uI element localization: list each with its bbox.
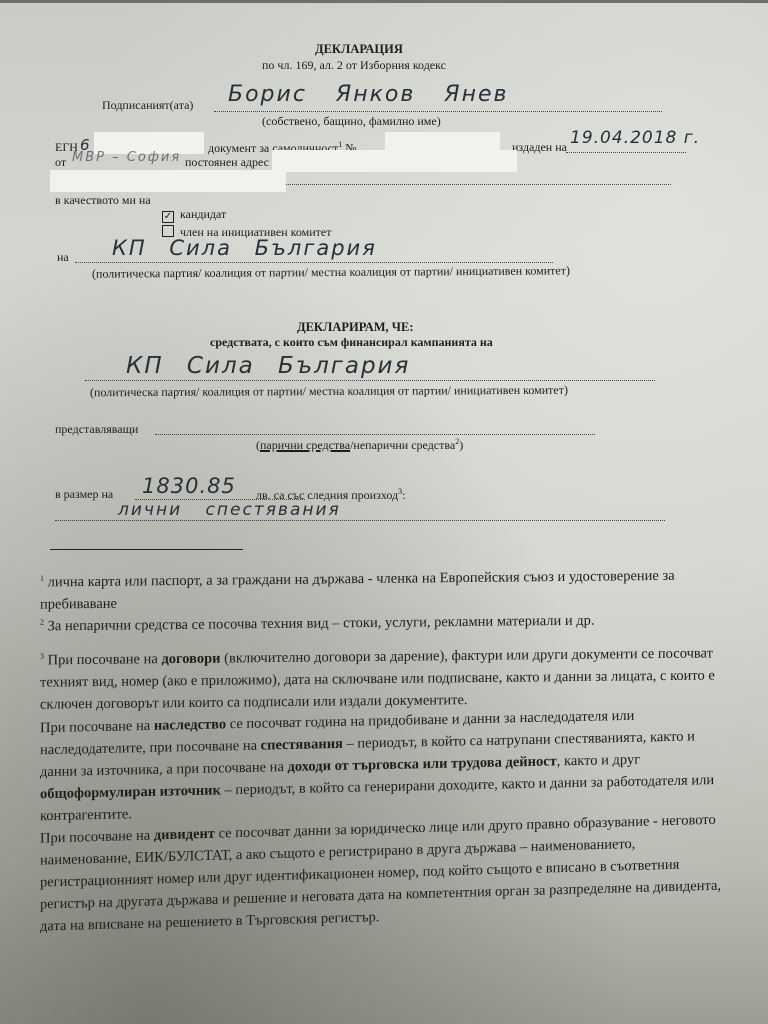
fn3-text: При посочване на — [40, 827, 154, 846]
footnote-ref-1: 1 — [338, 140, 342, 149]
funds-hint-rest: /непарични средства — [350, 438, 455, 452]
party-handwritten[interactable]: КП Сила България — [112, 236, 377, 260]
fn3-bold: наследство — [154, 716, 226, 734]
issued-date-handwritten[interactable]: 19.04.2018 г. — [570, 128, 700, 148]
issued-by-label: от — [55, 155, 66, 170]
checkbox-checked-icon[interactable]: ✓ — [162, 211, 174, 223]
fn3-text: , както и друг — [557, 752, 640, 770]
issued-label: издаден на — [512, 140, 567, 155]
redacted-address-1 — [272, 150, 517, 172]
fn3-text: При посочване на — [40, 718, 154, 736]
amount-label: в размер на — [55, 487, 113, 502]
capacity-label: в качеството ми на — [55, 193, 151, 208]
representing-label: представляващи — [55, 422, 138, 437]
signer-hint: (собствено, бащино, фамилно име) — [262, 114, 441, 129]
capacity-option-label: кандидат — [180, 207, 226, 221]
footnote-mark: 3 — [40, 652, 44, 661]
document-title: ДЕКЛАРАЦИЯ — [315, 42, 403, 57]
footnote-3-inheritance: При посочване на наследство се посочват … — [40, 703, 730, 827]
party-hint: (политическа партия/ коалиция от партии/… — [92, 263, 570, 281]
party2-hint: (политическа партия/ коалиция от партии/… — [90, 383, 568, 401]
party-dotted-line — [75, 262, 553, 263]
redacted-address-2 — [50, 170, 286, 192]
document-subtitle: по чл. 169, ал. 2 от Изборния кодекс — [262, 58, 446, 73]
footnote-mark: 1 — [40, 574, 44, 583]
signer-dotted-line — [214, 111, 662, 112]
footnote-mark: 2 — [40, 618, 44, 627]
origin-dotted-line — [55, 520, 665, 521]
footnote-separator — [50, 549, 243, 550]
declare-heading: ДЕКЛАРИРАМ, ЧЕ: — [297, 320, 414, 335]
capacity-option-candidate[interactable]: ✓кандидат — [162, 207, 226, 223]
fn3-text: При посочване на — [48, 651, 162, 668]
footnote-ref-3: 3 — [398, 487, 402, 496]
party2-dotted-line — [85, 380, 655, 381]
address-label: постоянен адрес — [185, 155, 269, 170]
footnote-text: За непарични средства се посочва техния … — [48, 613, 595, 635]
paper-top-edge — [0, 0, 768, 3]
funds-hint: (парични средства/непарични средства2) — [256, 437, 463, 453]
signer-label: Подписаният(ата) — [102, 98, 193, 113]
fn3-bold: договори — [161, 651, 220, 668]
amount-handwritten[interactable]: 1830.85 — [142, 474, 236, 498]
fn3-bold: общоформулиран източник — [40, 782, 221, 802]
funds-hint-selected: парични средства — [260, 438, 350, 452]
fn3-bold: дивидент — [154, 826, 215, 844]
issued-by-handwritten: МВР – София — [72, 150, 181, 165]
address-dotted-line — [286, 184, 671, 185]
signer-name-handwritten[interactable]: Борис Янков Янев — [228, 82, 508, 107]
issued-dotted-line — [566, 152, 686, 153]
fn3-bold: спестявания — [261, 736, 343, 754]
party2-handwritten[interactable]: КП Сила България — [126, 353, 410, 379]
fn3-bold: доходи от търговска или трудова дейност — [288, 753, 557, 775]
footnote-3-dividend: При посочване на дивидент се посочват да… — [40, 808, 730, 937]
party-on-label: на — [57, 250, 69, 265]
footnote-3-contracts: 3 При посочване на договори (включително… — [40, 638, 730, 715]
footnote-ref-2: 2 — [455, 437, 459, 446]
representing-dotted-line — [155, 434, 595, 435]
origin-handwritten[interactable]: лични спестявания — [118, 500, 341, 520]
declare-subheading: средствата, с които съм финансирал кампа… — [210, 335, 493, 350]
